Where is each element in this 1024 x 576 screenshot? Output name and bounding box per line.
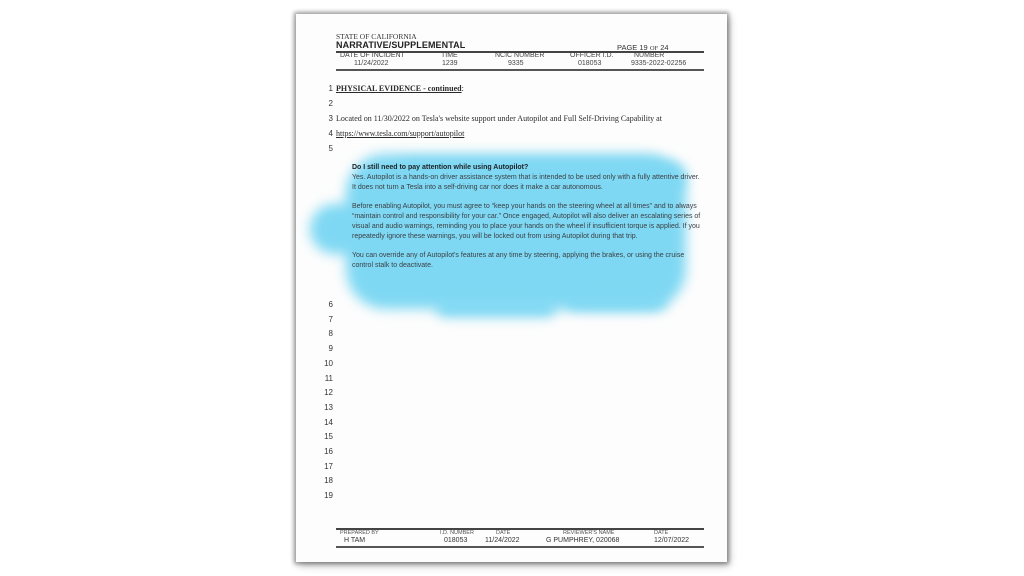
line-number: 18 (323, 476, 333, 485)
footer-label-id-number: I.D. NUMBER (440, 530, 474, 536)
line-number: 14 (323, 418, 333, 427)
excerpt-paragraph-3: You can override any of Autopilot's feat… (352, 251, 702, 271)
footer-value-reviewer: G PUMPHREY, 020068 (546, 537, 619, 544)
line-number: 10 (323, 359, 333, 368)
header-value-time: 1239 (442, 60, 458, 67)
header-label-time: TIME (441, 52, 458, 59)
header-value-ncic: 9335 (508, 60, 524, 67)
footer-label-reviewer: REVIEWER'S NAME (563, 530, 614, 536)
line-number: 16 (323, 447, 333, 456)
footer-value-prepared-by: H TAM (344, 537, 365, 544)
source-url: https://www.tesla.com/support/autopilot (336, 129, 464, 138)
footer-label-review-date: DATE (654, 530, 668, 536)
footer-divider (336, 528, 704, 530)
line-number: 19 (323, 491, 333, 500)
footer-label-date: DATE (496, 530, 510, 536)
line-number: 9 (323, 344, 333, 353)
form-title: NARRATIVE/SUPPLEMENTAL (336, 40, 465, 50)
line-number: 1 (323, 84, 333, 93)
line-number: 11 (323, 374, 333, 383)
header-label-date: DATE OF INCIDENT (340, 52, 405, 59)
excerpt-paragraph-1: Yes. Autopilot is a hands-on driver assi… (352, 173, 702, 193)
line-number: 17 (323, 462, 333, 471)
section-heading: PHYSICAL EVIDENCE - continued: (336, 84, 464, 93)
line-number: 5 (323, 144, 333, 153)
header-value-date: 11/24/2022 (354, 60, 389, 67)
header-label-ncic: NCIC NUMBER (495, 52, 544, 59)
line-number: 4 (323, 129, 333, 138)
line-number: 8 (323, 329, 333, 338)
header-label-number: NUMBER (634, 52, 664, 59)
highlight-mark (566, 294, 666, 310)
line-number: 7 (323, 315, 333, 324)
footer-bottom-divider (336, 546, 704, 548)
footer-label-prepared-by: PREPARED BY (340, 530, 379, 536)
header-bottom-divider (336, 69, 704, 71)
line-number: 13 (323, 403, 333, 412)
highlight-mark (436, 299, 556, 317)
footer-value-review-date: 12/07/2022 (654, 537, 689, 544)
footer-value-id-number: 018053 (444, 537, 467, 544)
tesla-support-excerpt: Do I still need to pay attention while u… (352, 163, 702, 280)
narrative-line-3: Located on 11/30/2022 on Tesla's website… (336, 114, 662, 123)
line-number: 15 (323, 432, 333, 441)
excerpt-question: Do I still need to pay attention while u… (352, 163, 702, 173)
footer-value-date: 11/24/2022 (485, 537, 520, 544)
document-page: STATE OF CALIFORNIA NARRATIVE/SUPPLEMENT… (296, 14, 727, 562)
header-value-officer-id: 018053 (578, 60, 601, 67)
header-label-officer-id: OFFICER I.D. (570, 52, 614, 59)
line-number: 3 (323, 114, 333, 123)
excerpt-paragraph-2: Before enabling Autopilot, you must agre… (352, 202, 702, 242)
line-number: 12 (323, 388, 333, 397)
header-value-number: 9335-2022-02256 (631, 60, 686, 67)
line-number: 2 (323, 99, 333, 108)
line-number: 6 (323, 300, 333, 309)
